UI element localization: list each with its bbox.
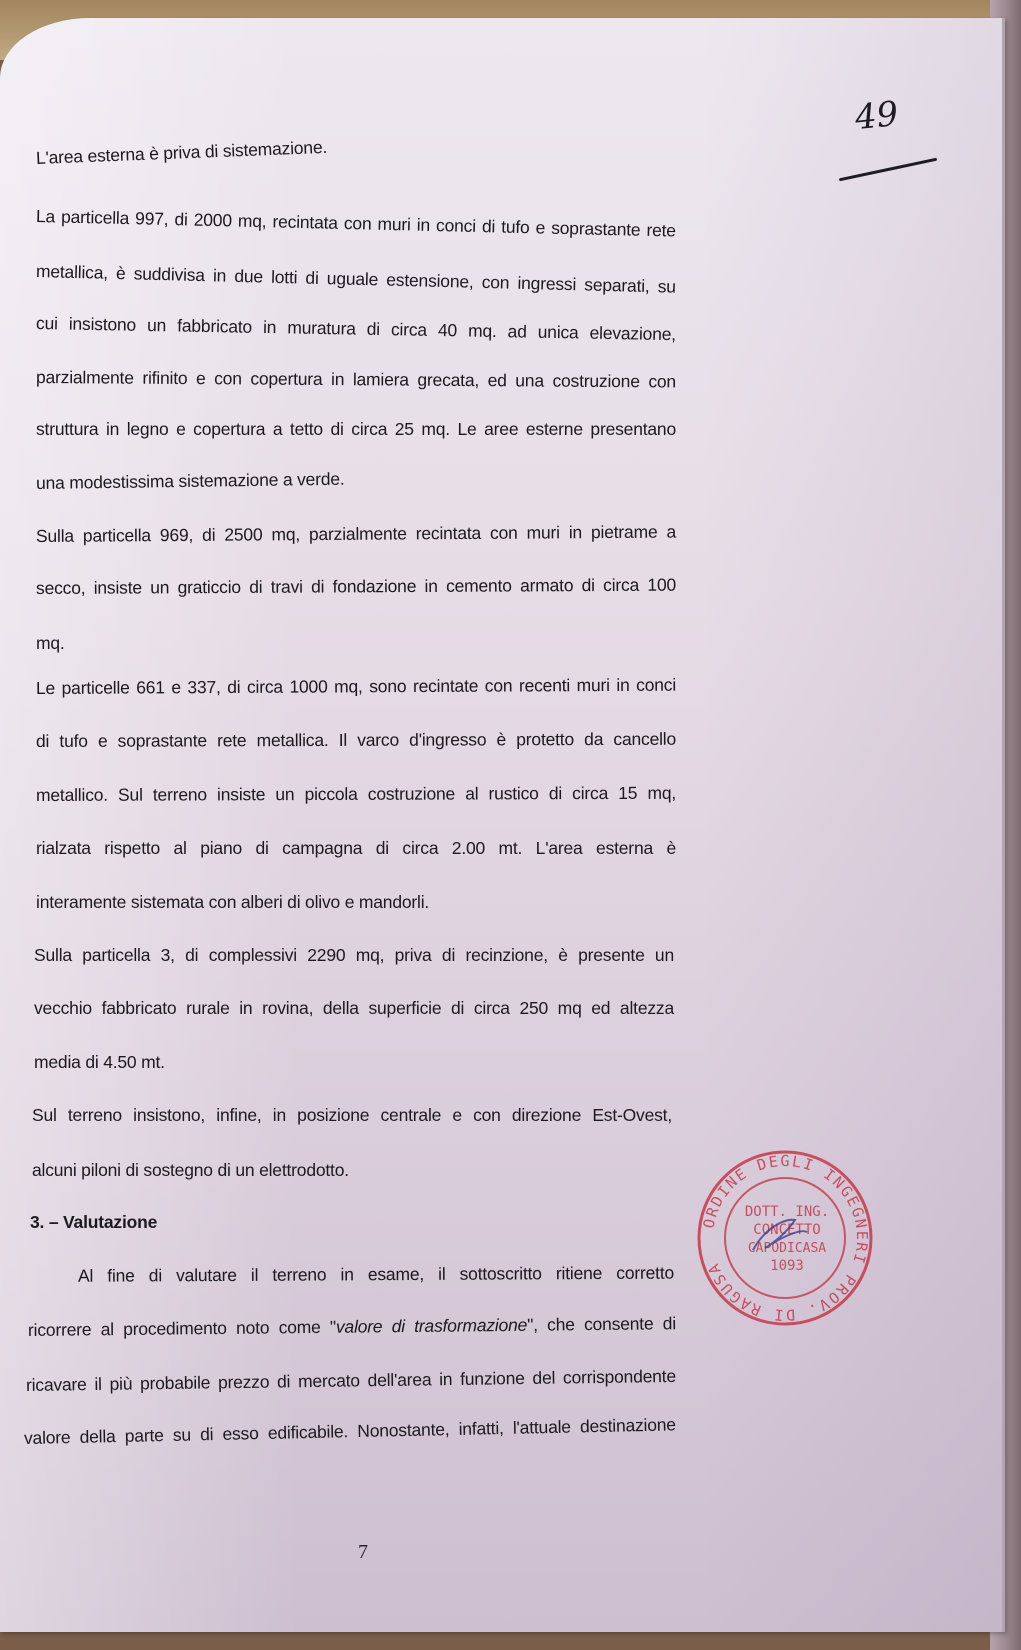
text-segment: ", che consente di — [527, 1313, 676, 1335]
text-line: metallico. Sul terreno insiste un piccol… — [36, 783, 676, 806]
text-line: vecchio fabbricato rurale in rovina, del… — [34, 998, 674, 1019]
text-line: rialzata rispetto al piano di campagna d… — [36, 838, 676, 859]
text-line: secco, insiste un graticcio di travi di … — [36, 575, 676, 599]
text-line: Sulla particella 969, di 2500 mq, parzia… — [36, 522, 676, 547]
engineer-seal-stamp: ORDINE DEGLI INGEGNERI PROV. DI RAGUSA D… — [695, 1148, 875, 1328]
text-line: cui insistono un fabbricato in muratura … — [36, 313, 676, 345]
text-line: valore della parte su di esso edificabil… — [24, 1414, 676, 1449]
text-line: struttura in legno e copertura a tetto d… — [36, 419, 676, 440]
text-line: La particella 997, di 2000 mq, recintata… — [36, 206, 676, 242]
text-line: ricorrere al procedimento noto come "val… — [28, 1313, 676, 1341]
text-line: mq. — [36, 633, 726, 654]
text-line: una modestissima sistemazione a verde. — [36, 463, 726, 494]
text-line: alcuni piloni di sostegno di un elettrod… — [32, 1160, 722, 1181]
stamp-line: DOTT. ING. — [745, 1204, 829, 1220]
text-line: Al fine di valutare il terreno in esame,… — [30, 1263, 674, 1287]
page-number: 7 — [358, 1541, 368, 1564]
text-line: Sul terreno insistono, infine, in posizi… — [32, 1105, 672, 1126]
text-line: metallica, è suddivisa in due lotti di u… — [36, 261, 676, 298]
emphasis-term: valore di trasformazione — [336, 1315, 527, 1337]
stamp-line: CAPODICASA — [748, 1241, 826, 1256]
handwritten-page-annotation: 49 — [853, 94, 900, 138]
text-line: Le particelle 661 e 337, di circa 1000 m… — [36, 675, 676, 699]
text-line: parzialmente rifinito e con copertura in… — [36, 367, 676, 392]
text-line: L'area esterna è priva di sistemazione. — [36, 135, 367, 169]
text-line: interamente sistemata con alberi di oliv… — [36, 892, 726, 913]
text-line: media di 4.50 mt. — [34, 1052, 724, 1073]
section-heading: 3. – Valutazione — [30, 1212, 720, 1233]
text-line: Sulla particella 3, di complessivi 2290 … — [34, 945, 674, 966]
handwritten-underline — [839, 158, 937, 182]
stamp-line: 1093 — [770, 1258, 804, 1274]
document-page: 49 L'area esterna è priva di sistemazion… — [0, 18, 1005, 1632]
text-line: di tufo e soprastante rete metallica. Il… — [36, 729, 676, 752]
text-segment: ricorrere al procedimento noto come " — [28, 1317, 336, 1340]
text-line: ricavare il più probabile prezzo di merc… — [26, 1366, 676, 1396]
